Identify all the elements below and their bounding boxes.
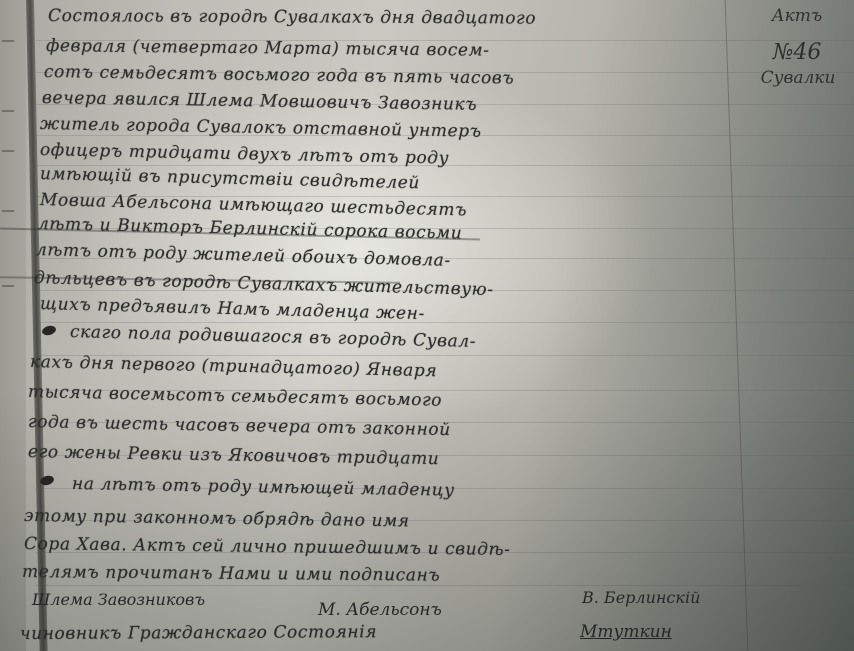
body-line: сотъ семьдесятъ восьмого года въ пять ча… — [44, 62, 515, 89]
body-line: этому при законномъ обрядѣ дано имя — [24, 506, 410, 531]
body-line: житель города Сувалокъ отставной унтеръ — [40, 114, 482, 142]
body-line: телямъ прочитанъ Нами и ими подписанъ — [22, 562, 440, 586]
ink-blot — [41, 324, 57, 336]
body-line: щихъ предъявилъ Намъ младенца жен- — [40, 294, 425, 324]
body-line: вечера явился Шлема Мовшовичъ Завозникъ — [42, 88, 477, 115]
signature-father: Шлема Завозниковъ — [32, 590, 205, 609]
margin-rule — [725, 0, 749, 651]
document-photo: Актъ №46 Сувалки Состоялось въ городѣ Су… — [0, 0, 854, 651]
body-line: скаго пола родившагося въ городѣ Сувал- — [70, 322, 477, 352]
body-line: его жены Ревки изъ Яковичовъ тридцати — [28, 442, 440, 469]
body-line: имѣющій въ присутствіи свидѣтелей — [40, 164, 420, 193]
body-line: года въ шесть часовъ вечера отъ законной — [28, 412, 451, 440]
signature-witness-2: В. Берлинскій — [582, 588, 700, 607]
margin-act-number: №46 — [752, 40, 842, 65]
body-line: тысяча восемьсотъ семьдесятъ восьмого — [28, 382, 443, 411]
body-line: Состоялось въ городѣ Сувалкахъ дня двадц… — [48, 6, 536, 29]
body-line: кахъ дня первого (тринадцатого) Января — [30, 352, 438, 381]
body-line: на лѣтъ отъ роду имѣющей младенцу — [72, 474, 455, 501]
signature-official: Мтуткин — [580, 622, 672, 642]
signature-witness-1: М. Абельсонъ — [318, 600, 442, 620]
body-line: февраля (четвертаго Марта) тысяча восем- — [46, 36, 490, 61]
margin-act-label: Актъ — [752, 6, 842, 26]
previous-page-edge — [0, 0, 26, 651]
body-line: Сора Хава. Актъ сей лично пришедшимъ и с… — [24, 534, 511, 560]
margin-place: Сувалки — [748, 68, 848, 88]
body-line: лѣтъ отъ роду жителей обоихъ домовла- — [36, 240, 451, 271]
closing-line: чиновникъ Гражданскаго Состоянія — [20, 622, 377, 644]
